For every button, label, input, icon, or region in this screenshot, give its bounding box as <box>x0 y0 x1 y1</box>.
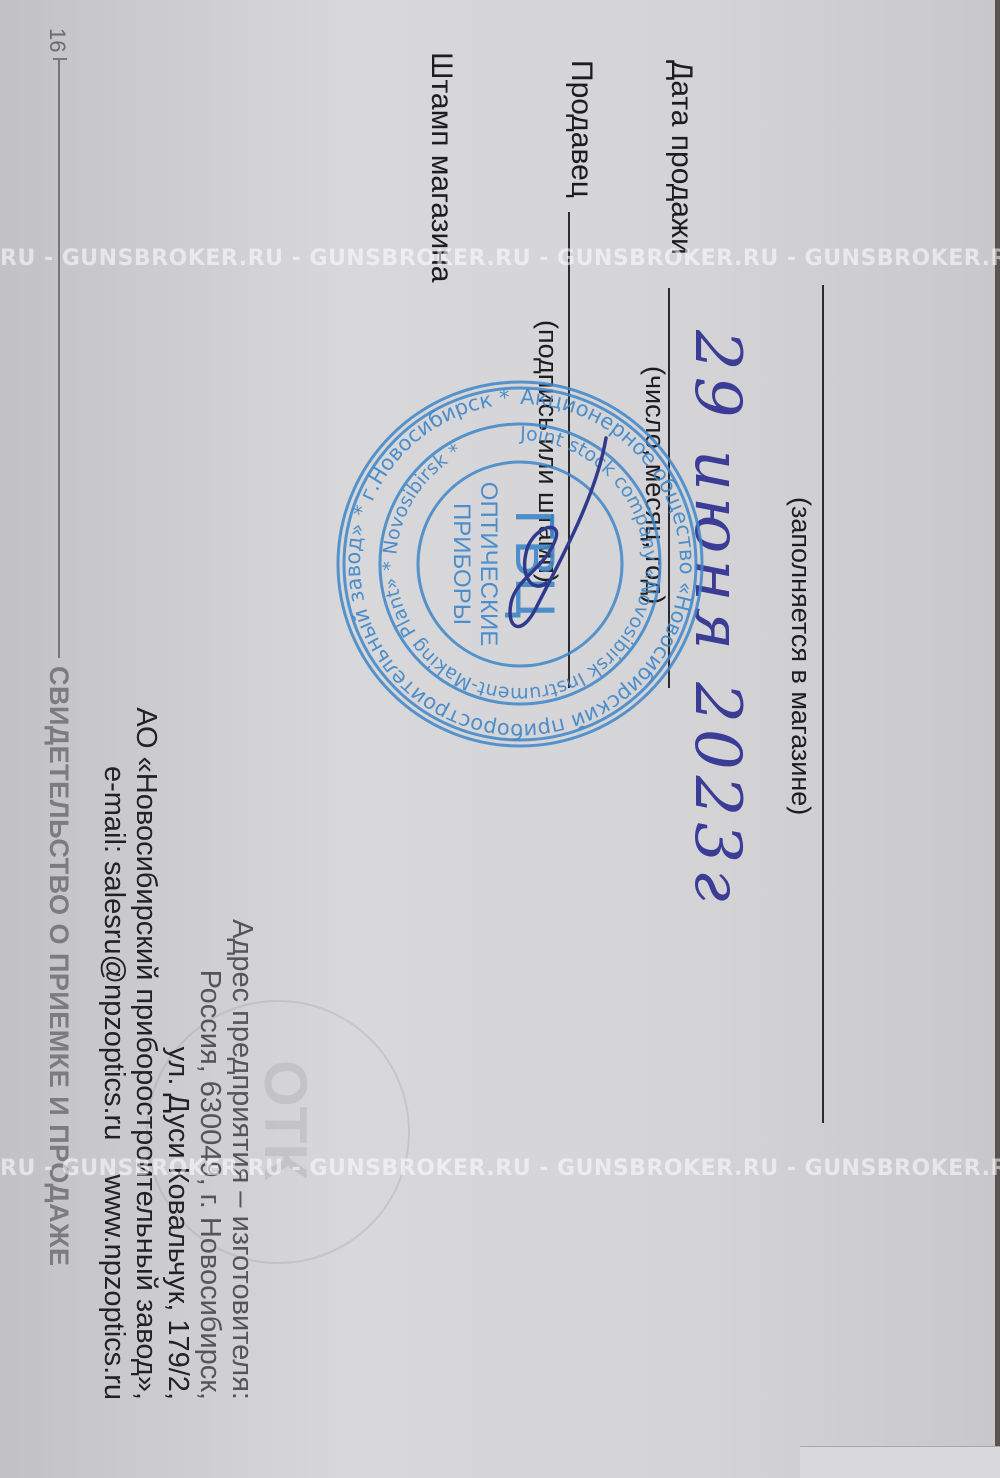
stamp-graphic: Акционерное общество «Новосибирский приб… <box>334 378 706 750</box>
manufacturer-contacts: e-mail: salesru@npzoptics.ru www.npzopti… <box>98 0 130 1400</box>
stamp-center-line2: ПРИБОРЫ <box>448 503 475 625</box>
manufacturer-line1: Россия, 630049, г. Новосибирск, <box>194 0 226 1400</box>
footer-rule <box>58 58 60 658</box>
store-fill-note: (заполняется в магазине) <box>785 497 816 815</box>
manufacturer-website: www.npzoptics.ru <box>98 1174 130 1400</box>
manufacturer-address-block: Адрес предприятия – изготовителя: Россия… <box>98 0 258 1400</box>
page-number: 16 <box>44 28 70 52</box>
site-watermark-top: RU - GUNSBROKER.RU - GUNSBROKER.RU - GUN… <box>0 244 1000 274</box>
manufacturer-heading: Адрес предприятия – изготовителя: <box>226 0 258 1400</box>
paper-bottom-edge <box>800 1446 1000 1478</box>
sale-date-label: Дата продажи <box>664 60 698 255</box>
site-watermark-bottom: RU - GUNSBROKER.RU - GUNSBROKER.RU - GUN… <box>0 1154 1000 1184</box>
company-round-stamp: Акционерное общество «Новосибирский приб… <box>334 378 706 750</box>
warranty-card-page: (заполняется в магазине) Дата продажи 29… <box>0 0 1000 1478</box>
manufacturer-email: e-mail: salesru@npzoptics.ru <box>98 766 130 1140</box>
manufacturer-line3: АО «Новосибирский приборостроительный за… <box>130 0 162 1400</box>
seller-label: Продавец <box>564 60 598 198</box>
stamp-center-line1: ОПТИЧЕСКИЕ <box>475 482 502 646</box>
manufacturer-line2: ул. Дуси Ковальчук, 179/2, <box>162 0 194 1400</box>
footer-rule-tick <box>53 58 67 60</box>
store-fill-line <box>822 285 824 1123</box>
